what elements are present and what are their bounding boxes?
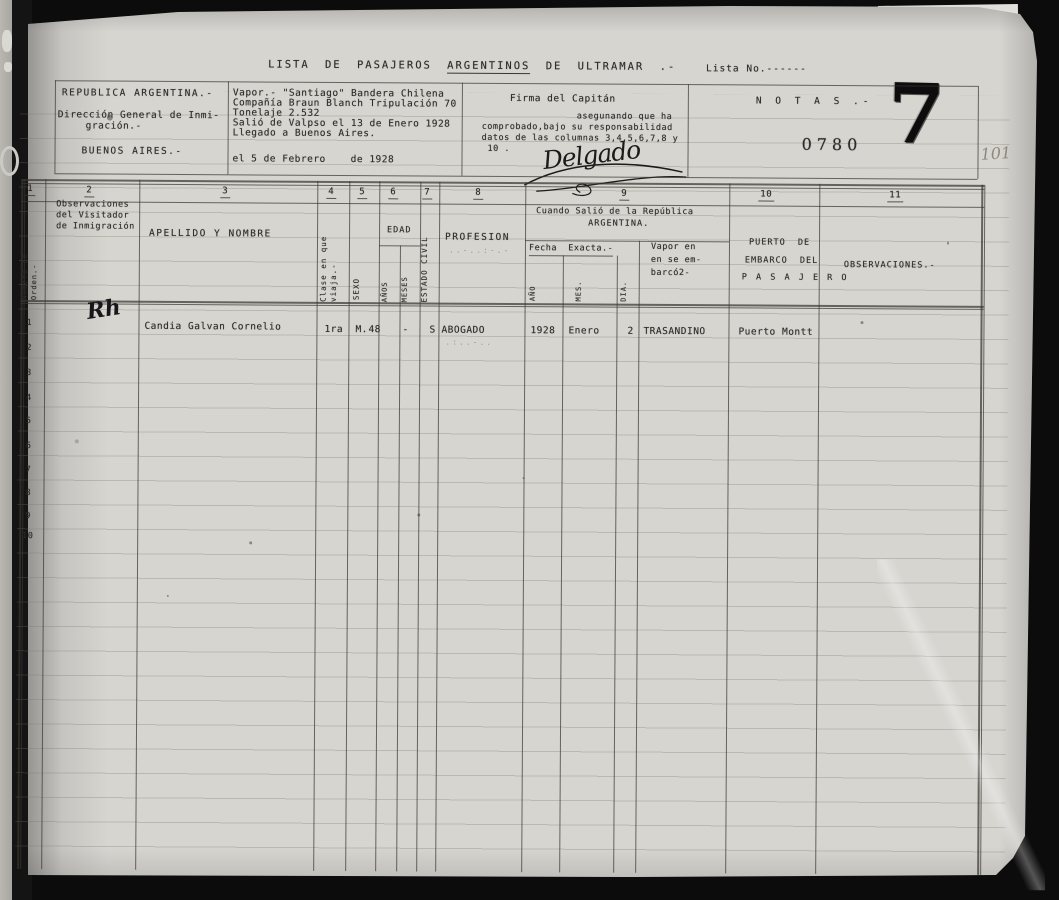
captain-line1: asegunando que ha xyxy=(577,111,673,122)
page-title-argentinos: ARGENTINOS xyxy=(447,60,530,75)
column-number: 10 xyxy=(758,190,774,202)
header-vapor-1: Vapor en xyxy=(651,242,696,252)
visitador-handwritten-mark: Rh xyxy=(85,294,123,325)
profesion-smudge: .:..-.. xyxy=(445,338,493,347)
header-visitador-1: Observaciones xyxy=(56,199,129,209)
header-fecha-exacta: Fecha Exacta.- xyxy=(529,243,613,257)
page-content: LISTA DE PASAJEROS ARGENTINOS DE ULTRAMA… xyxy=(0,0,1059,900)
paper-spot xyxy=(249,541,252,544)
row-number: 7 xyxy=(26,465,32,475)
page-title-part3: DE ULTRAMAR .- xyxy=(530,60,676,73)
row-cell-salida-ano: 1928 xyxy=(530,325,555,336)
row-number: 10 xyxy=(22,531,33,541)
header-observaciones: OBSERVACIONES.- xyxy=(844,260,936,271)
vessel-line5: Llegado a Buenos Aires. xyxy=(233,127,376,139)
column-number: 9 xyxy=(619,189,629,201)
scanned-passenger-list-page: LISTA DE PASAJEROS ARGENTINOS DE ULTRAMA… xyxy=(0,0,1059,900)
row-number: 6 xyxy=(26,441,32,451)
header-puerto-2: EMBARCO DEL xyxy=(745,255,818,265)
paper-spot xyxy=(523,477,525,479)
vessel-line6: el 5 de Febrero de 1928 xyxy=(232,153,394,165)
row-cell-salida-dia: 2 xyxy=(627,326,633,337)
authority-line3: gración.- xyxy=(86,120,142,131)
row-cell-edad-meses: - xyxy=(402,324,408,335)
row-cell-sexo: M. xyxy=(355,324,368,335)
header-profesion-smudge: ..-..:-.- xyxy=(449,246,510,255)
column-number: 3 xyxy=(220,186,230,198)
paper-spot xyxy=(947,242,949,245)
header-visitador-3: de Inmigración xyxy=(56,221,135,231)
header-vapor-2: en se em- xyxy=(651,255,702,265)
signature-flourish xyxy=(514,149,694,200)
row-number: 5 xyxy=(26,416,32,426)
column-number: 2 xyxy=(84,185,94,197)
header-salida-2: ARGENTINA. xyxy=(588,218,649,228)
header-vapor-3: barcó2- xyxy=(651,268,690,278)
header-ano: AÑO xyxy=(529,257,545,301)
header-edad: EDAD xyxy=(387,225,412,235)
captain-line2: comprobado,bajo su responsabilidad xyxy=(482,122,673,133)
header-apellido-nombre: APELLIDO Y NOMBRE xyxy=(149,228,272,240)
serial-number-stamp: 0780 xyxy=(802,135,863,154)
paper-spot xyxy=(417,513,420,516)
row-number: 8 xyxy=(25,488,31,498)
paper-spot xyxy=(167,595,169,597)
row-number: 2 xyxy=(26,343,32,353)
header-numero-orden: Número deOrden.- xyxy=(21,202,46,300)
row-cell-vapor: TRASANDINO xyxy=(643,326,705,337)
row-number: 4 xyxy=(26,393,32,403)
header-mes: MES. xyxy=(575,257,591,301)
row-cell-nombre: Candia Galvan Cornelio xyxy=(144,321,281,333)
header-sexo: SEXO xyxy=(352,234,378,300)
column-number: 7 xyxy=(422,187,432,199)
column-number: 11 xyxy=(887,190,903,202)
column-number: 8 xyxy=(473,188,483,200)
pencil-folio-number: 101 xyxy=(980,143,1012,164)
page-title-part1: LISTA DE PASAJEROS xyxy=(268,59,447,72)
paper-crease xyxy=(875,559,1047,890)
row-number: 1 xyxy=(26,318,32,328)
header-clase: Clase en queviaja.- xyxy=(319,202,350,302)
row-cell-salida-mes: Enero xyxy=(568,325,599,336)
header-dia: DIA. xyxy=(620,258,636,302)
authority-line1: REPUBLICA ARGENTINA.- xyxy=(62,87,214,99)
grid-line xyxy=(55,80,978,87)
header-salida-1: Cuando Salió de la República xyxy=(536,206,693,217)
row-cell-estado-civil: S xyxy=(429,325,435,336)
header-puerto-1: PUERTO DE xyxy=(749,237,810,247)
notas-label: N O T A S .- xyxy=(756,96,873,108)
header-profesion: PROFESION xyxy=(445,232,510,243)
paper-spot xyxy=(75,439,79,443)
authority-line4: BUENOS AIRES.- xyxy=(82,145,183,157)
column-number: 4 xyxy=(326,187,336,199)
authority-line2: Dirección General de Inmi- xyxy=(58,109,220,121)
header-edad-meses: MESES xyxy=(401,246,419,302)
row-cell-clase: 1ra xyxy=(324,324,343,335)
ink-blot xyxy=(107,115,113,121)
column-number: 5 xyxy=(357,187,367,199)
captain-line4: 10 . xyxy=(488,144,511,154)
captain-title: Firma del Capitán xyxy=(510,93,616,105)
row-number: 9 xyxy=(25,511,31,521)
row-cell-puerto: Puerto Montt xyxy=(738,326,813,337)
column-number: 6 xyxy=(388,187,398,199)
paper-spot xyxy=(861,321,864,324)
row-cell-edad-anos: 48 xyxy=(368,324,381,335)
list-number-label: Lista No.------ xyxy=(706,63,807,75)
row-cell-profesion: ABOGADO xyxy=(441,325,485,336)
header-puerto-3: P A S A J E R O xyxy=(742,272,849,283)
header-edad-anos: AÑOS xyxy=(381,246,399,302)
page-title: LISTA DE PASAJEROS ARGENTINOS DE ULTRAMA… xyxy=(268,59,676,73)
column-number: 1 xyxy=(25,184,35,196)
header-visitador-2: del Visitador xyxy=(56,210,129,220)
row-number: 3 xyxy=(26,368,32,378)
header-estado-civil: ESTADO CIVIL xyxy=(420,199,440,302)
